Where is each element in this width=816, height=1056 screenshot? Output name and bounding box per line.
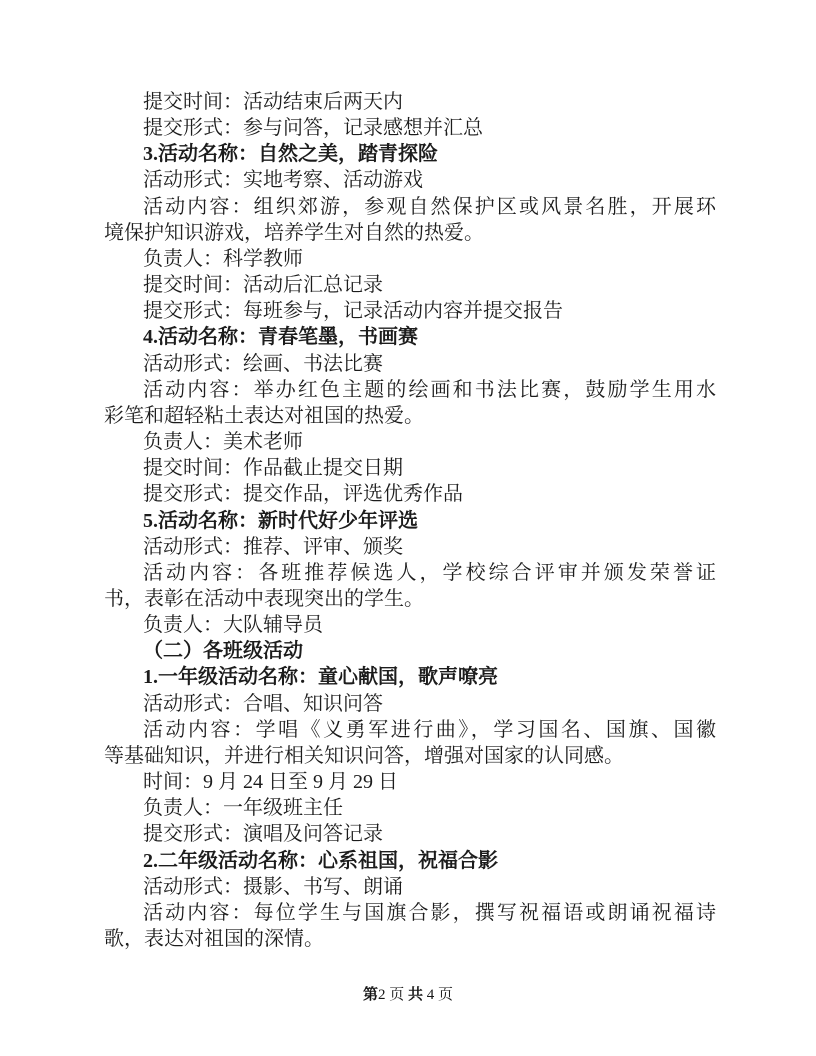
page-number-text: 共 (408, 987, 423, 1003)
text-line: 负责人：大队辅导员 (104, 612, 716, 638)
heading-line: 3.活动名称：自然之美，踏青探险 (104, 141, 716, 167)
text-line: 提交形式：每班参与，记录活动内容并提交报告 (104, 298, 716, 324)
text-line: 负责人：一年级班主任 (104, 795, 716, 821)
text-line: 负责人：美术老师 (104, 429, 716, 455)
text-line: 活动形式：推荐、评审、颁奖 (104, 534, 716, 560)
page-number-text: 页 (438, 987, 453, 1003)
text-line: 提交时间：活动结束后两天内 (104, 89, 716, 115)
heading-line: 4.活动名称：青春笔墨，书画赛 (104, 324, 716, 350)
text-line: 活动内容：每位学生与国旗合影，撰写祝福语或朗诵祝福诗 (104, 900, 716, 926)
text-line: 活动内容：学唱《义勇军进行曲》，学习国名、国旗、国徽 (104, 717, 716, 743)
document-body: 提交时间：活动结束后两天内提交形式：参与问答，记录感想并汇总3.活动名称：自然之… (104, 89, 716, 952)
text-line: 活动内容：举办红色主题的绘画和书法比赛，鼓励学生用水 (104, 377, 716, 403)
text-line: 歌，表达对祖国的深情。 (104, 926, 716, 952)
text-line: 提交时间：作品截止提交日期 (104, 455, 716, 481)
text-line: 等基础知识，并进行相关知识问答，增强对国家的认同感。 (104, 743, 716, 769)
text-line: 负责人：科学教师 (104, 246, 716, 272)
text-line: 提交形式：提交作品，评选优秀作品 (104, 481, 716, 507)
page-number-text: 4 (423, 987, 438, 1003)
text-line: 活动形式：实地考察、活动游戏 (104, 167, 716, 193)
heading-line: 2.二年级活动名称：心系祖国，祝福合影 (104, 848, 716, 874)
text-line: 时间：9 月 24 日至 9 月 29 日 (104, 769, 716, 795)
text-line: 活动内容：各班推荐候选人，学校综合评审并颁发荣誉证 (104, 560, 716, 586)
text-line: 书，表彰在活动中表现突出的学生。 (104, 586, 716, 612)
document-page: 提交时间：活动结束后两天内提交形式：参与问答，记录感想并汇总3.活动名称：自然之… (0, 0, 816, 1056)
text-line: 活动内容：组织郊游，参观自然保护区或风景名胜，开展环 (104, 194, 716, 220)
text-line: 境保护知识游戏，培养学生对自然的热爱。 (104, 220, 716, 246)
heading-line: 5.活动名称：新时代好少年评选 (104, 508, 716, 534)
page-footer: 第2 页 共 4 页 (0, 985, 816, 1005)
text-line: 彩笔和超轻粘土表达对祖国的热爱。 (104, 403, 716, 429)
text-line: 提交时间：活动后汇总记录 (104, 272, 716, 298)
text-line: 活动形式：绘画、书法比赛 (104, 351, 716, 377)
page-number-text: 2 (378, 987, 389, 1003)
text-line: 活动形式：摄影、书写、朗诵 (104, 874, 716, 900)
text-line: 活动形式：合唱、知识问答 (104, 691, 716, 717)
heading-line: 1.一年级活动名称：童心献国，歌声嘹亮 (104, 664, 716, 690)
page-number-text: 页 (389, 987, 408, 1003)
text-line: 提交形式：参与问答，记录感想并汇总 (104, 115, 716, 141)
text-line: 提交形式：演唱及问答记录 (104, 821, 716, 847)
heading-line: （二）各班级活动 (104, 638, 716, 664)
page-number-text: 第 (363, 987, 378, 1003)
